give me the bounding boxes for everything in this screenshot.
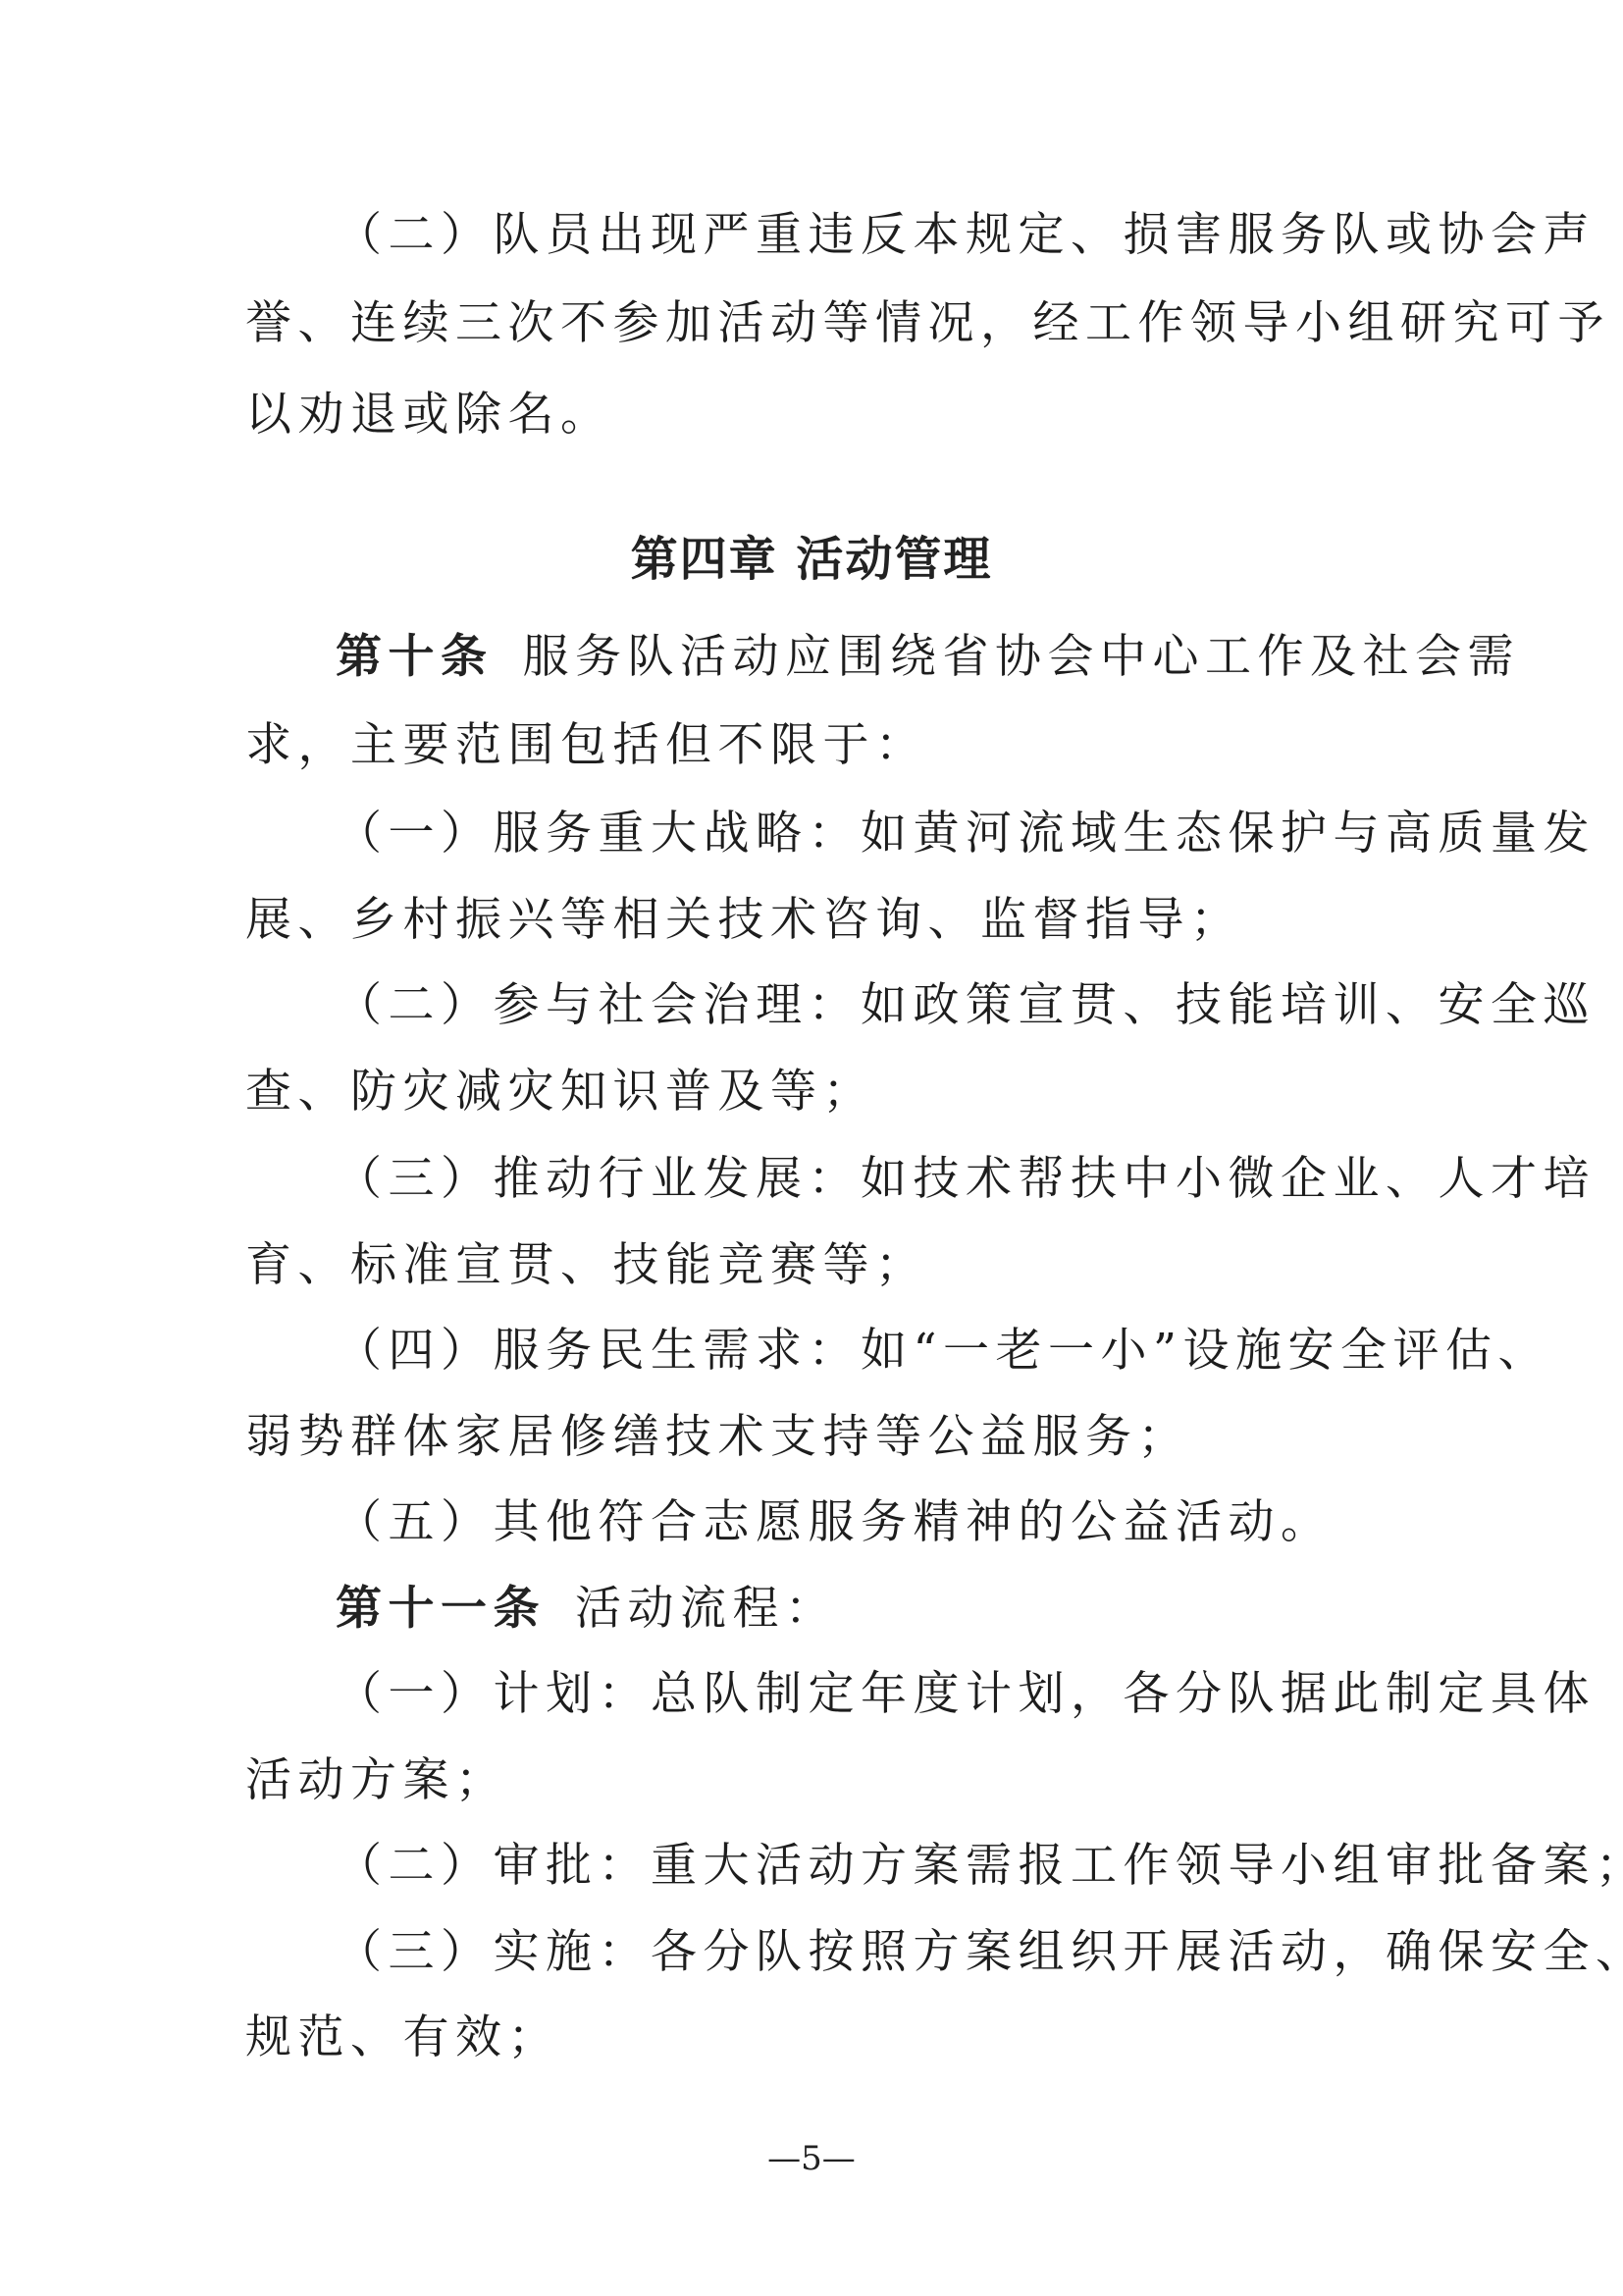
article-11-line: 第十一条活动流程：: [336, 1580, 1395, 1639]
list-item-line: （三）实施：各分队按照方案组织开展活动，确保安全、: [336, 1923, 1395, 1982]
list-item-line: （一）计划：总队制定年度计划，各分队据此制定具体: [336, 1665, 1395, 1724]
list-item-line: （一）服务重大战略：如黄河流域生态保护与高质量发: [336, 805, 1395, 863]
list-item-line: （二）参与社会治理：如政策宣贯、技能培训、安全巡: [336, 976, 1395, 1035]
paragraph-line: （二）队员出现严重违反本规定、损害服务队或协会声: [336, 206, 1395, 265]
article-label: 第十条: [336, 630, 494, 684]
paragraph-line: 求，主要范围包括但不限于：: [245, 716, 1393, 775]
list-item-line: （四）服务民生需求：如“一老一小”设施安全评估、: [336, 1322, 1395, 1381]
paragraph-line: 以劝退或除名。: [245, 386, 1393, 444]
list-item-line: 活动方案；: [245, 1751, 1393, 1810]
list-item-line: （二）审批：重大活动方案需报工作领导小组审批备案；: [336, 1837, 1395, 1896]
list-item-line: 弱势群体家居修缮技术支持等公益服务；: [245, 1408, 1393, 1467]
page-number: —5—: [0, 2139, 1623, 2178]
paragraph-line: 誉、连续三次不参加活动等情况，经工作领导小组研究可予: [245, 294, 1393, 353]
list-item-line: （三）推动行业发展：如技术帮扶中小微企业、人才培: [336, 1150, 1395, 1209]
list-item-line: 育、标准宣贯、技能竞赛等；: [245, 1236, 1393, 1295]
article-text: 活动流程：: [575, 1582, 838, 1636]
document-page: （二）队员出现严重违反本规定、损害服务队或协会声 誉、连续三次不参加活动等情况，…: [0, 0, 1623, 2296]
article-10-line: 第十条服务队活动应围绕省协会中心工作及社会需: [336, 628, 1395, 687]
article-text: 服务队活动应围绕省协会中心工作及社会需: [523, 630, 1521, 684]
list-item-line: 查、防灾减灾知识普及等；: [245, 1063, 1393, 1122]
article-label: 第十一条: [336, 1582, 546, 1636]
chapter-title: 第四章 活动管理: [0, 530, 1623, 589]
list-item-line: 规范、有效；: [245, 2009, 1393, 2067]
list-item-line: 展、乡村振兴等相关技术咨询、监督指导；: [245, 891, 1393, 950]
list-item-line: （五）其他符合志愿服务精神的公益活动。: [336, 1493, 1395, 1552]
